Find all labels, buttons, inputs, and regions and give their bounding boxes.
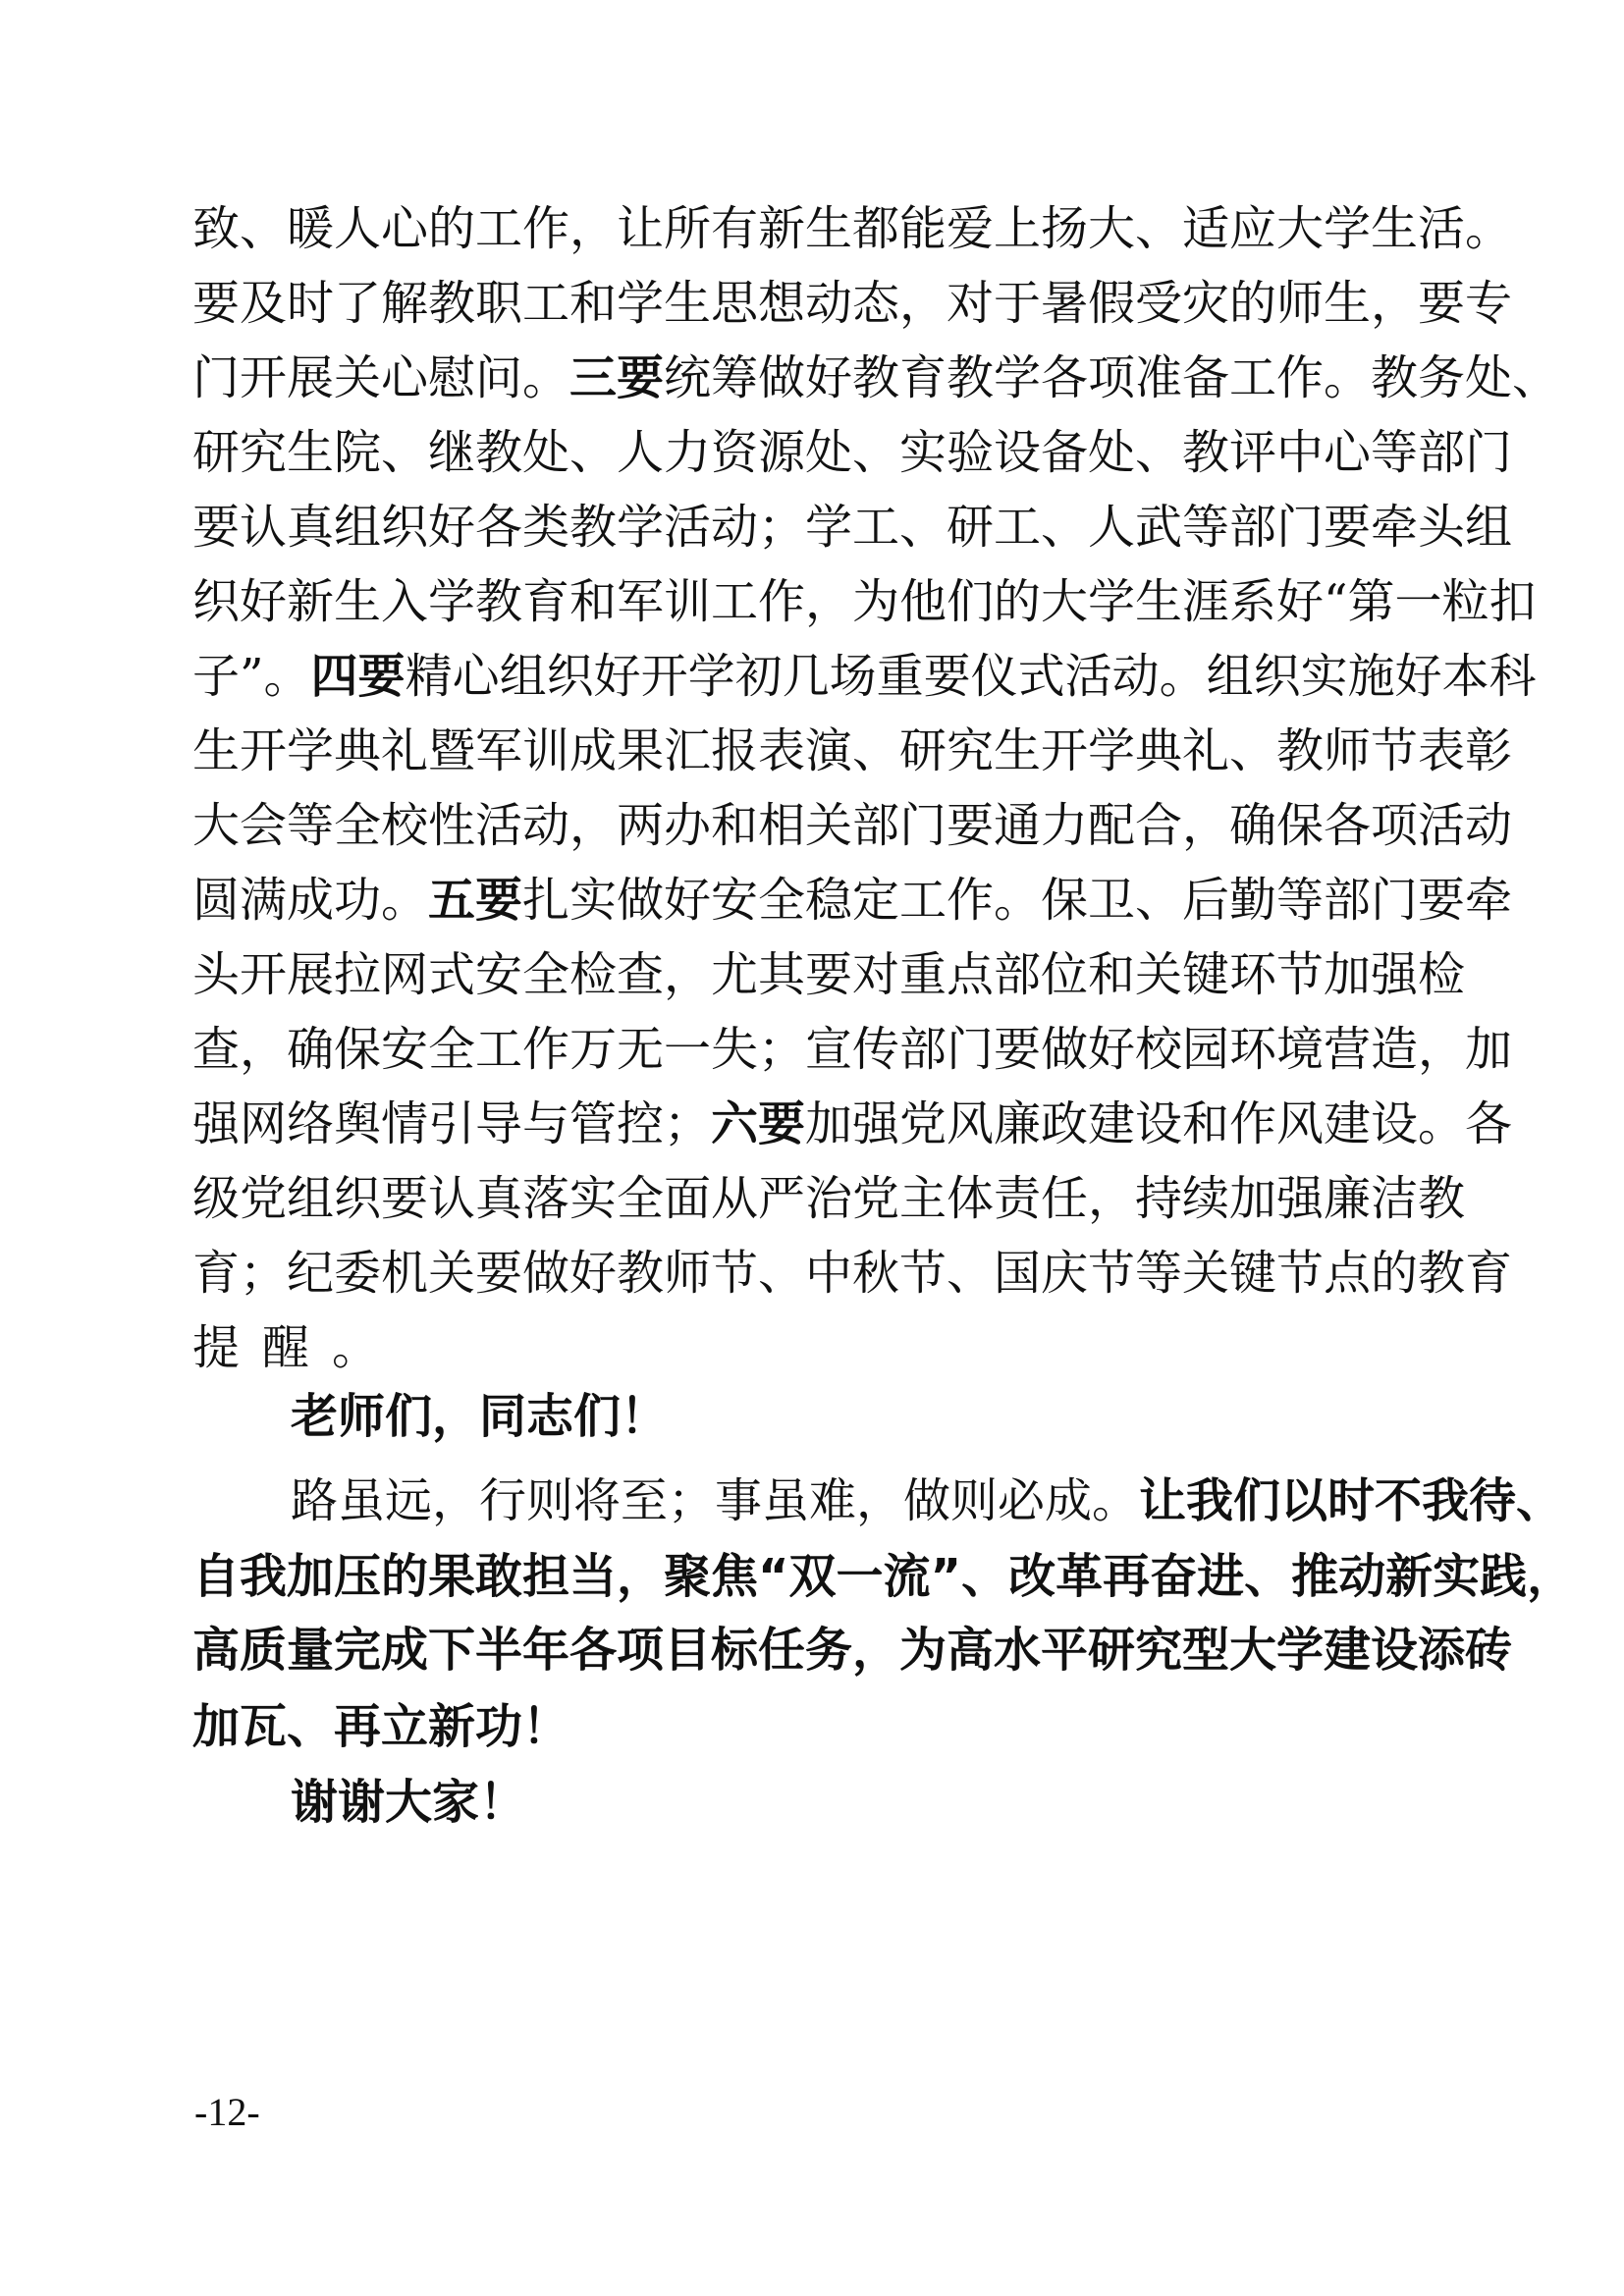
- body-line-5: 要认真组织好各类教学活动；学工、研工、人武等部门要牵头组: [192, 498, 1453, 557]
- body-line-6: 织好新生入学教育和军训工作，为他们的大学生涯系好“第一粒扣: [192, 572, 1453, 631]
- body-line-1: 致、暖人心的工作，让所有新生都能爱上扬大、适应大学生活。: [192, 199, 1453, 258]
- text-segment: 子”。: [192, 649, 311, 704]
- body-line-15: 育；纪委机关要做好教师节、中秋节、国庆节等关键节点的教育: [192, 1244, 1453, 1303]
- body-line-2: 要及时了解教职工和学生思想动态，对于暑假受灾的师生，要专: [192, 274, 1453, 333]
- text-segment: 精心组织好开学初几场重要仪式活动。组织实施好本科: [406, 649, 1537, 704]
- closing-line-4: 加瓦、再立新功！: [192, 1697, 1453, 1756]
- closing-thanks: 谢谢大家！: [291, 1773, 1453, 1832]
- body-line-13: 强网络舆情引导与管控；六要加强党风廉政建设和作风建设。各: [192, 1095, 1453, 1153]
- document-page: 致、暖人心的工作，让所有新生都能爱上扬大、适应大学生活。 要及时了解教职工和学生…: [0, 0, 1624, 2296]
- body-line-4: 研究生院、继教处、人力资源处、实验设备处、教评中心等部门: [192, 423, 1453, 482]
- bold-heading-si-yao: 四要: [311, 649, 406, 704]
- body-line-10: 圆满成功。五要扎实做好安全稳定工作。保卫、后勤等部门要牵: [192, 871, 1453, 930]
- text-segment: 扎实做好安全稳定工作。保卫、后勤等部门要牵: [522, 873, 1512, 928]
- body-line-16: 提醒。: [192, 1318, 1453, 1377]
- text-segment-bold: 让我们以时不我待、: [1139, 1473, 1563, 1528]
- text-segment: 圆满成功。: [192, 873, 428, 928]
- body-line-3: 门开展关心慰问。三要统筹做好教育教学各项准备工作。教务处、: [192, 348, 1453, 407]
- body-line-14: 级党组织要认真落实全面从严治党主体责任，持续加强廉洁教: [192, 1169, 1453, 1228]
- text-segment: 强网络舆情引导与管控；: [192, 1096, 711, 1151]
- closing-line-1: 路虽远，行则将至；事虽难，做则必成。让我们以时不我待、: [291, 1471, 1453, 1530]
- text-segment: 统筹做好教育教学各项准备工作。教务处、: [664, 350, 1559, 405]
- body-line-7: 子”。四要精心组织好开学初几场重要仪式活动。组织实施好本科: [192, 647, 1453, 706]
- closing-line-3: 高质量完成下半年各项目标任务，为高水平研究型大学建设添砖: [192, 1621, 1453, 1680]
- body-line-8: 生开学典礼暨军训成果汇报表演、研究生开学典礼、教师节表彰: [192, 721, 1453, 780]
- text-segment: 路虽远，行则将至；事虽难，做则必成。: [291, 1473, 1139, 1528]
- text-segment: 加强党风廉政建设和作风建设。各: [805, 1096, 1512, 1151]
- body-line-12: 查，确保安全工作万无一失；宣传部门要做好校园环境营造，加: [192, 1020, 1453, 1079]
- body-line-11: 头开展拉网式安全检查，尤其要对重点部位和关键环节加强检: [192, 945, 1453, 1004]
- bold-heading-liu-yao: 六要: [711, 1096, 805, 1151]
- bold-heading-san-yao: 三要: [569, 350, 664, 405]
- bold-heading-wu-yao: 五要: [428, 873, 522, 928]
- page-number: -12-: [194, 2089, 260, 2135]
- closing-greeting: 老师们，同志们！: [291, 1387, 1453, 1446]
- text-segment: 门开展关心慰问。: [192, 350, 569, 405]
- closing-line-2: 自我加压的果敢担当，聚焦“双一流”、改革再奋进、推动新实践，: [192, 1547, 1453, 1606]
- body-line-9: 大会等全校性活动，两办和相关部门要通力配合，确保各项活动: [192, 796, 1453, 855]
